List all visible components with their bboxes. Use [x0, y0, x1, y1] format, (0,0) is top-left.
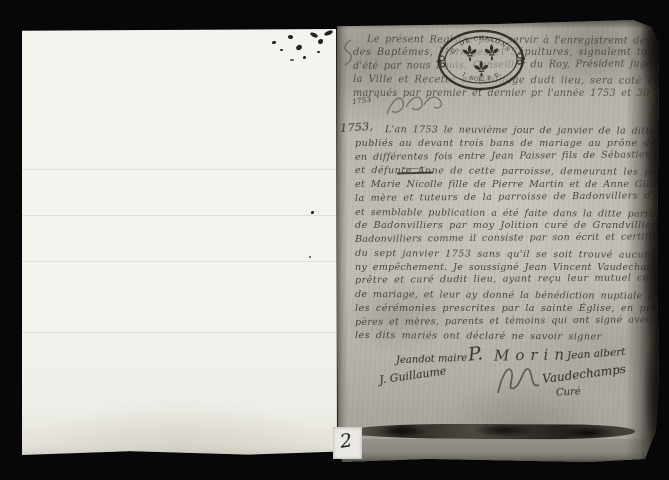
act-line: les dits mariés ont déclaré ne savoir si…	[355, 329, 643, 345]
ink-speck	[317, 51, 320, 53]
act-line: prêtre et curé dudit lieu, ayant reçu le…	[355, 272, 643, 288]
worn-page-edge	[626, 20, 659, 462]
ink-speck	[303, 56, 306, 59]
ink-speck	[309, 256, 311, 258]
fleur-de-lis-tax-stamp: G. DE CHALONS 1. SOL. P. D.	[434, 26, 528, 93]
register-scan-spread: Le présent Registre pour servir à l'enre…	[0, 0, 669, 480]
ink-speck	[287, 34, 293, 39]
signature-cure-title: Curé	[556, 386, 581, 398]
manuscript-page: Le présent Registre pour servir à l'enre…	[337, 20, 659, 462]
ink-speck	[290, 59, 294, 61]
page-number-label: 2	[339, 429, 354, 452]
ink-speck	[272, 41, 276, 44]
paper-line	[22, 215, 337, 216]
ink-speck	[280, 49, 283, 51]
paper-line	[22, 261, 337, 262]
blank-left-page	[22, 29, 337, 455]
act-line: Badonvilliers comme il consiste par son …	[355, 230, 643, 246]
paper-line	[22, 332, 337, 333]
gutter-shadow	[337, 20, 348, 462]
ink-speck	[324, 30, 334, 37]
clerk-paraph-flourish	[384, 90, 448, 122]
act-line: pères et mères, parents et témoins qui o…	[355, 313, 643, 329]
ink-speck	[311, 211, 314, 214]
ink-speck	[295, 44, 302, 50]
priest-signature-flourish	[495, 361, 545, 399]
signature-morin-initial: P.	[467, 342, 484, 365]
page-number-tab: 2	[333, 427, 362, 459]
underlying-page-edge	[339, 439, 645, 462]
marriage-act-text: L'an 1753 le neuvième jour de janvier de…	[355, 123, 643, 343]
ink-speck	[310, 31, 319, 38]
act-line: la mère et tuteurs de la parroisse de Ba…	[355, 189, 643, 205]
top-edge-shadow	[337, 20, 659, 29]
paper-line	[22, 169, 337, 170]
act-line: en différentes fois entre Jean Paisser f…	[355, 148, 643, 164]
ink-speck	[318, 39, 323, 44]
